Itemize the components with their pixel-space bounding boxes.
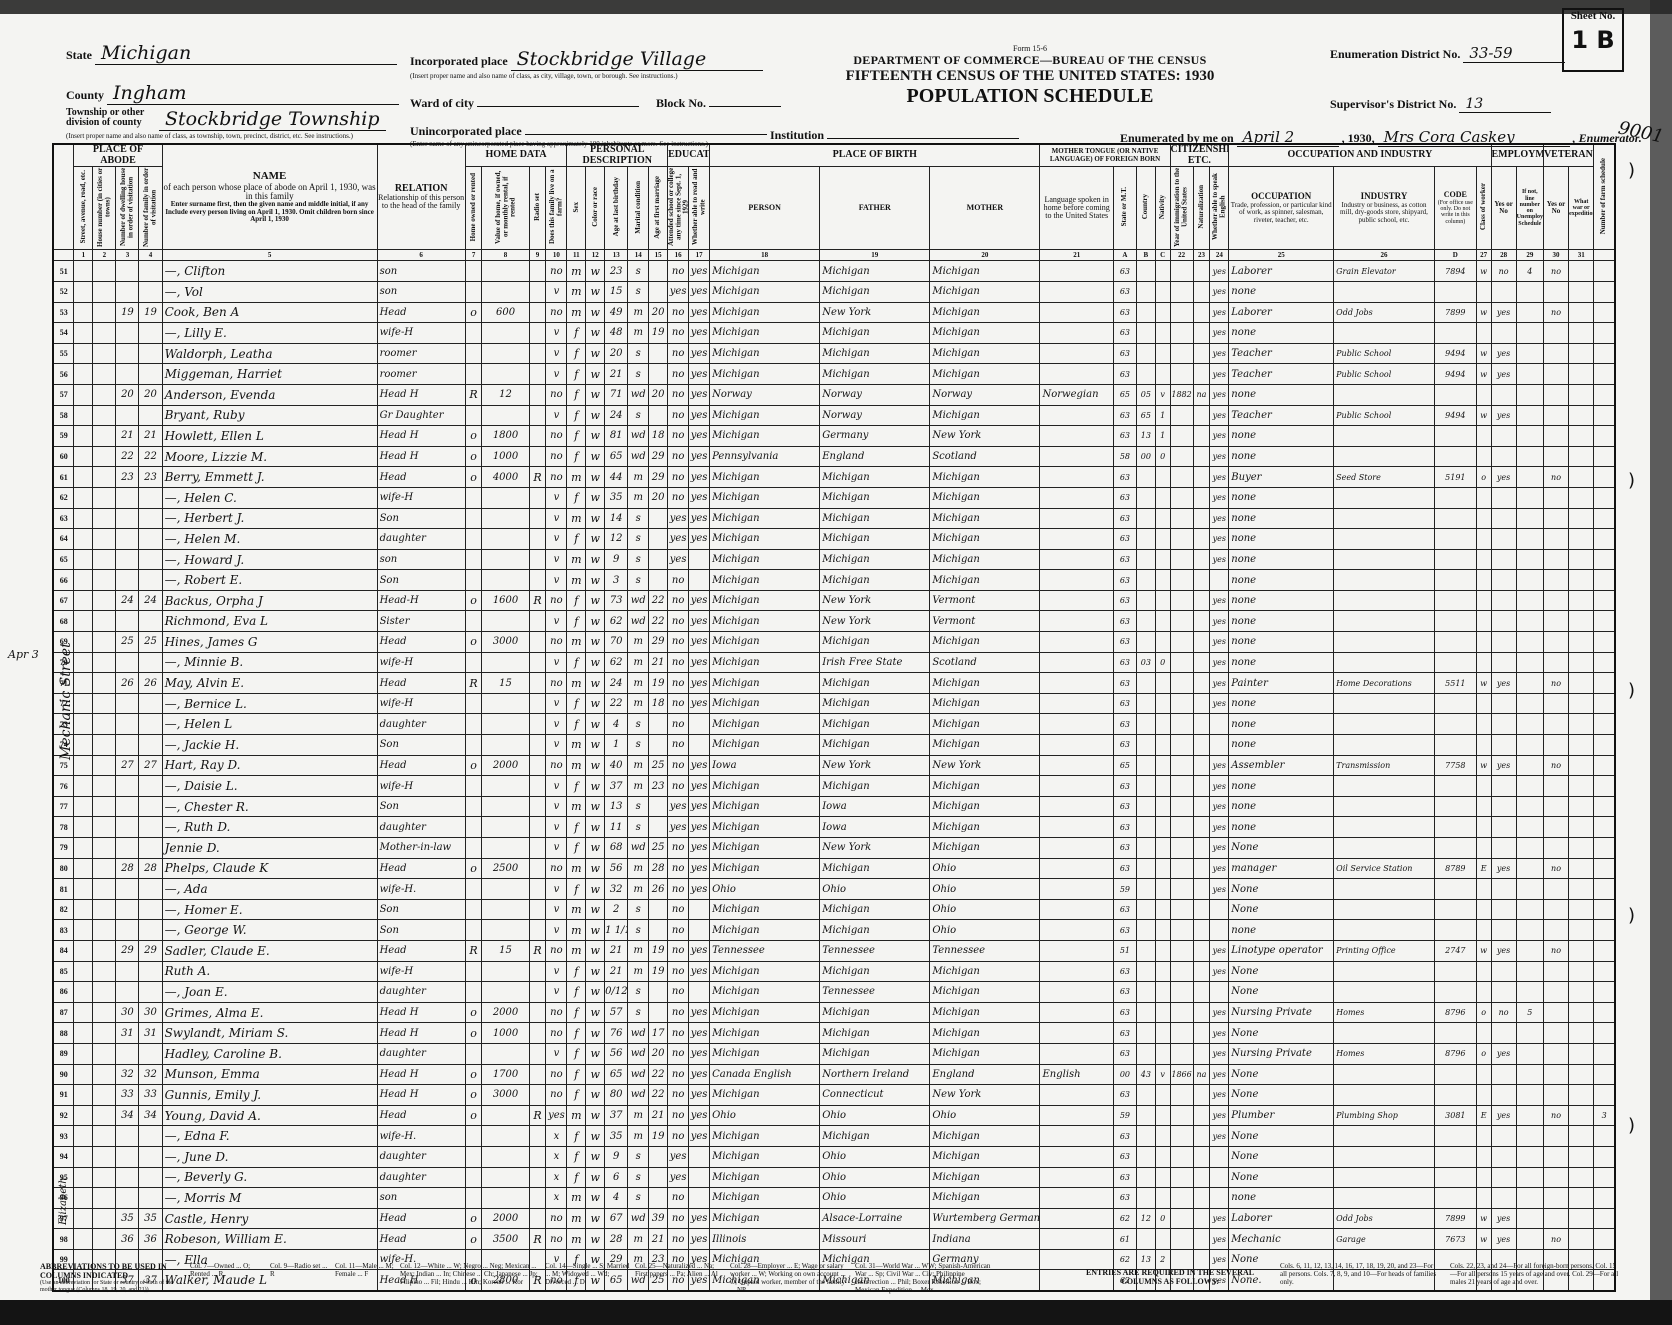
house-number-cell: [93, 570, 116, 591]
industry-cell: Public School: [1334, 343, 1435, 364]
dwelling-number-cell: [116, 281, 139, 302]
immigration-year-cell: [1170, 1229, 1193, 1250]
age-cell: 3: [605, 570, 628, 591]
school-cell: no: [668, 1064, 689, 1085]
race-cell: w: [586, 817, 605, 838]
code-b-cell: [1136, 879, 1155, 900]
read-cell: yes: [689, 446, 710, 467]
farm-schedule-cell: [1594, 529, 1615, 550]
mother-tongue-cell: [1040, 1002, 1113, 1023]
age-marriage-cell: 18: [649, 693, 668, 714]
race-cell: w: [586, 693, 605, 714]
farm-schedule-cell: [1594, 735, 1615, 756]
age-cell: 76: [605, 1023, 628, 1044]
dwelling-number-cell: [116, 1167, 139, 1188]
dwelling-number-cell: 19: [116, 302, 139, 323]
english-cell: yes: [1210, 508, 1229, 529]
industry-cell: [1334, 920, 1435, 941]
age-cell: 40: [605, 755, 628, 776]
street-cell: [74, 384, 93, 405]
sex-cell: f: [567, 1146, 586, 1167]
home-value-cell: [482, 817, 529, 838]
unemployment-line-cell: [1516, 343, 1543, 364]
farm-schedule-cell: [1594, 1229, 1615, 1250]
house-number-cell: [93, 467, 116, 488]
occupation-code-cell: [1434, 920, 1476, 941]
immigration-year-cell: [1170, 487, 1193, 508]
age-marriage-cell: 29: [649, 467, 668, 488]
name-cell: —, Daisie L.: [162, 776, 377, 797]
dwelling-number-cell: [116, 570, 139, 591]
radio-cell: [529, 343, 546, 364]
war-cell: [1569, 632, 1594, 653]
code-a-cell: 63: [1113, 1002, 1136, 1023]
family-number-cell: [139, 405, 162, 426]
marital-cell: wd: [628, 838, 649, 859]
table-row: 66—, Robert E.Sonvmw3snoMichiganMichigan…: [53, 570, 1615, 591]
marital-cell: s: [628, 1146, 649, 1167]
war-cell: [1569, 467, 1594, 488]
farm-cell: yes: [546, 1105, 567, 1126]
code-c-cell: [1155, 940, 1170, 961]
occupation-cell: none: [1229, 446, 1334, 467]
relation-cell: Head: [377, 1105, 465, 1126]
school-cell: no: [668, 632, 689, 653]
street-cell: [74, 446, 93, 467]
code-c-cell: [1155, 508, 1170, 529]
farm-schedule-cell: [1594, 570, 1615, 591]
marital-cell: m: [628, 755, 649, 776]
dwelling-number-cell: 34: [116, 1105, 139, 1126]
immigration-year-cell: [1170, 467, 1193, 488]
english-cell: yes: [1210, 590, 1229, 611]
relation-cell: Head H: [377, 446, 465, 467]
unemployment-line-cell: [1516, 549, 1543, 570]
sex-cell: m: [567, 549, 586, 570]
house-number-cell: [93, 405, 116, 426]
binding-hole-mark: ): [1628, 680, 1635, 701]
column-number: 5: [162, 250, 377, 261]
industry-cell: Homes: [1334, 1043, 1435, 1064]
read-cell: [689, 549, 710, 570]
school-cell: no: [668, 1002, 689, 1023]
war-cell: [1569, 920, 1594, 941]
line-number: 55: [53, 343, 74, 364]
mother-tongue-cell: [1040, 1085, 1113, 1106]
birthplace-cell: Tennessee: [710, 940, 820, 961]
age-cell: 14: [605, 508, 628, 529]
scan-border-right: [1650, 0, 1672, 1325]
family-number-cell: [139, 838, 162, 859]
age-cell: 23: [605, 261, 628, 282]
table-row: 602222Moore, Lizzie M.Head Ho1000nofw65w…: [53, 446, 1615, 467]
father-label: FATHER: [859, 203, 891, 212]
dwelling-number-cell: 21: [116, 426, 139, 447]
father-birthplace-cell: Iowa: [820, 817, 930, 838]
occupation-code-cell: [1434, 570, 1476, 591]
war-cell: [1569, 611, 1594, 632]
radio-cell: [529, 858, 546, 879]
naturalization-cell: [1193, 1023, 1210, 1044]
farm-header: Does this family live on a farm?: [546, 167, 567, 250]
english-cell: yes: [1210, 817, 1229, 838]
marital-cell: s: [628, 570, 649, 591]
farm-schedule-cell: [1594, 446, 1615, 467]
township-value: Stockbridge Township: [159, 108, 386, 131]
school-cell: no: [668, 899, 689, 920]
class-of-worker-cell: w: [1476, 673, 1491, 694]
marital-cell: m: [628, 673, 649, 694]
name-cell: Waldorph, Leatha: [162, 343, 377, 364]
home-data-header: HOME DATA: [465, 144, 567, 167]
dwelling-number-cell: 30: [116, 1002, 139, 1023]
immigration-year-cell: [1170, 899, 1193, 920]
radio-cell: [529, 982, 546, 1003]
school-cell: no: [668, 1043, 689, 1064]
county-value: Ingham: [107, 82, 399, 105]
immigration-year-cell: [1170, 1085, 1193, 1106]
name-cell: —, Morris M: [162, 1188, 377, 1209]
race-cell: w: [586, 364, 605, 385]
birthplace-cell: Michigan: [710, 1208, 820, 1229]
name-cell: Hines, James G: [162, 632, 377, 653]
code-b-cell: [1136, 982, 1155, 1003]
name-cell: Sadler, Claude E.: [162, 940, 377, 961]
citizenship-header: CITIZENSHIP, ETC.: [1170, 144, 1229, 167]
sex-cell: f: [567, 838, 586, 859]
radio-cell: [529, 323, 546, 344]
line-number: 64: [53, 529, 74, 550]
owned-cell: [465, 343, 482, 364]
farm-cell: no: [546, 261, 567, 282]
naturalization-cell: [1193, 817, 1210, 838]
mother-birthplace-cell: Michigan: [930, 487, 1040, 508]
unemployment-line-cell: 5: [1516, 1002, 1543, 1023]
code-b-cell: [1136, 673, 1155, 694]
code-a-cell: 63: [1113, 590, 1136, 611]
employed-cell: [1491, 611, 1516, 632]
age-cell: 12: [605, 529, 628, 550]
line-number: 76: [53, 776, 74, 797]
read-cell: yes: [689, 817, 710, 838]
read-cell: yes: [689, 838, 710, 859]
father-birthplace-cell: Michigan: [820, 529, 930, 550]
school-cell: no: [668, 1208, 689, 1229]
age-marriage-cell: [649, 1188, 668, 1209]
unemployment-line-cell: [1516, 1064, 1543, 1085]
veteran-cell: [1543, 1023, 1568, 1044]
mother-birthplace-cell: Michigan: [930, 364, 1040, 385]
school-cell: no: [668, 1085, 689, 1106]
english-cell: yes: [1210, 1126, 1229, 1147]
farm-cell: no: [546, 858, 567, 879]
sheet-label: Sheet No.: [1564, 10, 1622, 22]
veteran-cell: [1543, 899, 1568, 920]
class-of-worker-cell: [1476, 982, 1491, 1003]
class-of-worker-cell: [1476, 1188, 1491, 1209]
code-a-cell: 00: [1113, 1064, 1136, 1085]
code-b-cell: [1136, 529, 1155, 550]
occupation-code-cell: 3081: [1434, 1105, 1476, 1126]
name-cell: Moore, Lizzie M.: [162, 446, 377, 467]
occupation-cell: none: [1229, 714, 1334, 735]
age-cell: 37: [605, 1105, 628, 1126]
naturalization-cell: [1193, 405, 1210, 426]
race-cell: w: [586, 529, 605, 550]
family-number-cell: [139, 323, 162, 344]
sex-cell: f: [567, 652, 586, 673]
father-birthplace-cell: Irish Free State: [820, 652, 930, 673]
dwelling-number-cell: 32: [116, 1064, 139, 1085]
birthplace-cell: Michigan: [710, 426, 820, 447]
race-cell: w: [586, 487, 605, 508]
unemployment-line-cell: [1516, 1105, 1543, 1126]
code-c-cell: [1155, 961, 1170, 982]
english-cell: yes: [1210, 940, 1229, 961]
marital-cell: m: [628, 302, 649, 323]
class-of-worker-cell: [1476, 508, 1491, 529]
occupation-code-cell: [1434, 1023, 1476, 1044]
war-cell: [1569, 879, 1594, 900]
employed-cell: [1491, 529, 1516, 550]
street-cell: [74, 899, 93, 920]
code-a-cell: 63: [1113, 652, 1136, 673]
line-number: 60: [53, 446, 74, 467]
age-cell: 65: [605, 446, 628, 467]
owned-cell: [465, 405, 482, 426]
occupation-code-cell: [1434, 1064, 1476, 1085]
mother-tongue-cell: [1040, 673, 1113, 694]
industry-cell: [1334, 1064, 1435, 1085]
street-cell: [74, 652, 93, 673]
occupation-code-cell: [1434, 714, 1476, 735]
read-cell: [689, 570, 710, 591]
unemployment-line-cell: [1516, 1043, 1543, 1064]
age-marriage-cell: 20: [649, 302, 668, 323]
april-margin-note: Apr 3: [8, 648, 39, 661]
dwelling-number-cell: 29: [116, 940, 139, 961]
street-cell: [74, 508, 93, 529]
age-marriage-cell: [649, 982, 668, 1003]
naturalization-cell: [1193, 920, 1210, 941]
farm-cell: v: [546, 982, 567, 1003]
occupation-cell: Teacher: [1229, 405, 1334, 426]
marital-cell: s: [628, 261, 649, 282]
relation-cell: Mother-in-law: [377, 838, 465, 859]
home-value-cell: [482, 776, 529, 797]
code-c-cell: [1155, 1146, 1170, 1167]
mother-tongue-cell: [1040, 652, 1113, 673]
relation-header: RELATION Relationship of this person to …: [377, 144, 465, 250]
radio-cell: [529, 673, 546, 694]
farm-cell: v: [546, 652, 567, 673]
birthplace-cell: Michigan: [710, 467, 820, 488]
home-value-cell: 15: [482, 673, 529, 694]
naturalization-cell: [1193, 1105, 1210, 1126]
english-cell: [1210, 920, 1229, 941]
occupation-code-cell: [1434, 487, 1476, 508]
marital-cell: s: [628, 735, 649, 756]
house-number-cell: [93, 920, 116, 941]
unemployment-line-cell: [1516, 467, 1543, 488]
school-cell: yes: [668, 796, 689, 817]
english-header: Whether able to speak English: [1210, 167, 1229, 250]
race-cell: w: [586, 838, 605, 859]
class-of-worker-cell: [1476, 323, 1491, 344]
mother-tongue-cell: [1040, 1105, 1113, 1126]
abbr-col31: Col. 31—World War ... WW; Spanish-Americ…: [855, 1262, 995, 1294]
family-label: Number of family in order of visitation: [143, 167, 158, 247]
age-marriage-cell: [649, 1002, 668, 1023]
sex-cell: f: [567, 1126, 586, 1147]
mother-tongue-cell: [1040, 858, 1113, 879]
line-number: 51: [53, 261, 74, 282]
english-cell: yes: [1210, 1208, 1229, 1229]
immigration-year-cell: [1170, 735, 1193, 756]
naturalization-cell: na: [1193, 384, 1210, 405]
home-value-cell: [482, 364, 529, 385]
industry-cell: Home Decorations: [1334, 673, 1435, 694]
english-cell: [1210, 570, 1229, 591]
occupation-cell: None: [1229, 1167, 1334, 1188]
block-label: Block No.: [656, 96, 706, 110]
read-cell: yes: [689, 1126, 710, 1147]
age-marriage-cell: [649, 508, 668, 529]
birthplace-cell: Pennsylvania: [710, 446, 820, 467]
code-b-cell: [1136, 1043, 1155, 1064]
english-cell: yes: [1210, 796, 1229, 817]
occupation-cell: none: [1229, 652, 1334, 673]
occ-code-title: CODE: [1435, 191, 1476, 199]
owned-cell: o: [465, 302, 482, 323]
house-number-cell: [93, 714, 116, 735]
race-cell: w: [586, 549, 605, 570]
age-cell: 71: [605, 384, 628, 405]
farm-cell: no: [546, 940, 567, 961]
birthplace-cell: Norway: [710, 384, 820, 405]
marital-cell: wd: [628, 1043, 649, 1064]
owned-cell: o: [465, 1208, 482, 1229]
column-number: 24: [1210, 250, 1229, 261]
table-row: 89Hadley, Caroline B.daughtervfw56wd20no…: [53, 1043, 1615, 1064]
owned-cell: [465, 570, 482, 591]
employed-cell: [1491, 1188, 1516, 1209]
value-header: Value of home, if owned, or monthly rent…: [482, 167, 529, 250]
code-b-cell: [1136, 961, 1155, 982]
occupation-code-cell: 7899: [1434, 302, 1476, 323]
occupation-header: OCCUPATION Trade, profession, or particu…: [1229, 167, 1334, 250]
street-cell: [74, 961, 93, 982]
employed-cell: [1491, 838, 1516, 859]
immigration-year-cell: [1170, 879, 1193, 900]
mother-birthplace-cell: New York: [930, 426, 1040, 447]
farm-cell: v: [546, 611, 567, 632]
occupation-cell: none: [1229, 549, 1334, 570]
war-cell: [1569, 323, 1594, 344]
read-cell: yes: [689, 755, 710, 776]
class-of-worker-cell: [1476, 796, 1491, 817]
school-cell: no: [668, 405, 689, 426]
code-a-cell: 63: [1113, 343, 1136, 364]
age-marriage-cell: 21: [649, 1105, 668, 1126]
race-cell: w: [586, 1229, 605, 1250]
street-cell: [74, 487, 93, 508]
english-cell: yes: [1210, 1064, 1229, 1085]
war-cell: [1569, 1146, 1594, 1167]
code-a-cell: 63: [1113, 1023, 1136, 1044]
radio-cell: [529, 776, 546, 797]
immigration-year-cell: [1170, 1146, 1193, 1167]
sex-cell: f: [567, 1064, 586, 1085]
column-number: A: [1113, 250, 1136, 261]
mother-tongue-cell: [1040, 549, 1113, 570]
code-b-header: Country: [1136, 167, 1155, 250]
mother-tongue-cell: [1040, 899, 1113, 920]
mother-tongue-cell: English: [1040, 1064, 1113, 1085]
occupation-code-cell: 9494: [1434, 343, 1476, 364]
mother-tongue-cell: [1040, 405, 1113, 426]
employed-cell: [1491, 590, 1516, 611]
relation-cell: son: [377, 549, 465, 570]
class-of-worker-cell: [1476, 570, 1491, 591]
name-cell: —, Homer E.: [162, 899, 377, 920]
owned-cell: o: [465, 1085, 482, 1106]
race-cell: w: [586, 714, 605, 735]
column-number: 13: [605, 250, 628, 261]
street-cell: [74, 632, 93, 653]
age-cell: 21: [605, 364, 628, 385]
farm-schedule-cell: [1594, 281, 1615, 302]
age-cell: 4: [605, 714, 628, 735]
occupation-cell: Laborer: [1229, 302, 1334, 323]
code-b-cell: 13: [1136, 426, 1155, 447]
code-c-cell: [1155, 879, 1170, 900]
table-row: 83—, George W.Sonvmw1 1/12snoMichiganMic…: [53, 920, 1615, 941]
father-birthplace-cell: Michigan: [820, 570, 930, 591]
code-c-cell: [1155, 796, 1170, 817]
industry-cell: [1334, 549, 1435, 570]
family-number-cell: 29: [139, 940, 162, 961]
line-number: 56: [53, 364, 74, 385]
street-cell: [74, 1105, 93, 1126]
veteran-cell: [1543, 693, 1568, 714]
house-number-cell: [93, 879, 116, 900]
home-value-cell: [482, 652, 529, 673]
birthplace-cell: Iowa: [710, 755, 820, 776]
code-b-cell: [1136, 1002, 1155, 1023]
age-marriage-cell: 28: [649, 858, 668, 879]
line-number: 93: [53, 1126, 74, 1147]
schedule-title: POPULATION SCHEDULE: [830, 85, 1230, 108]
line-number: 94: [53, 1146, 74, 1167]
code-a-cell: 63: [1113, 405, 1136, 426]
employed-cell: [1491, 776, 1516, 797]
occupation-cell: None: [1229, 1146, 1334, 1167]
veteran-cell: no: [1543, 467, 1568, 488]
read-cell: yes: [689, 1229, 710, 1250]
owned-cell: [465, 281, 482, 302]
read-cell: yes: [689, 281, 710, 302]
radio-cell: [529, 426, 546, 447]
state-value: Michigan: [95, 42, 397, 65]
read-label: Whether able to read and write: [692, 167, 707, 247]
occupation-cell: none: [1229, 796, 1334, 817]
farm-schedule-cell: [1594, 817, 1615, 838]
age-cell: 21: [605, 961, 628, 982]
street-name-margin-2: Elizabeth: [58, 1177, 69, 1225]
dwelling-number-cell: [116, 879, 139, 900]
code-a-cell: 63: [1113, 673, 1136, 694]
